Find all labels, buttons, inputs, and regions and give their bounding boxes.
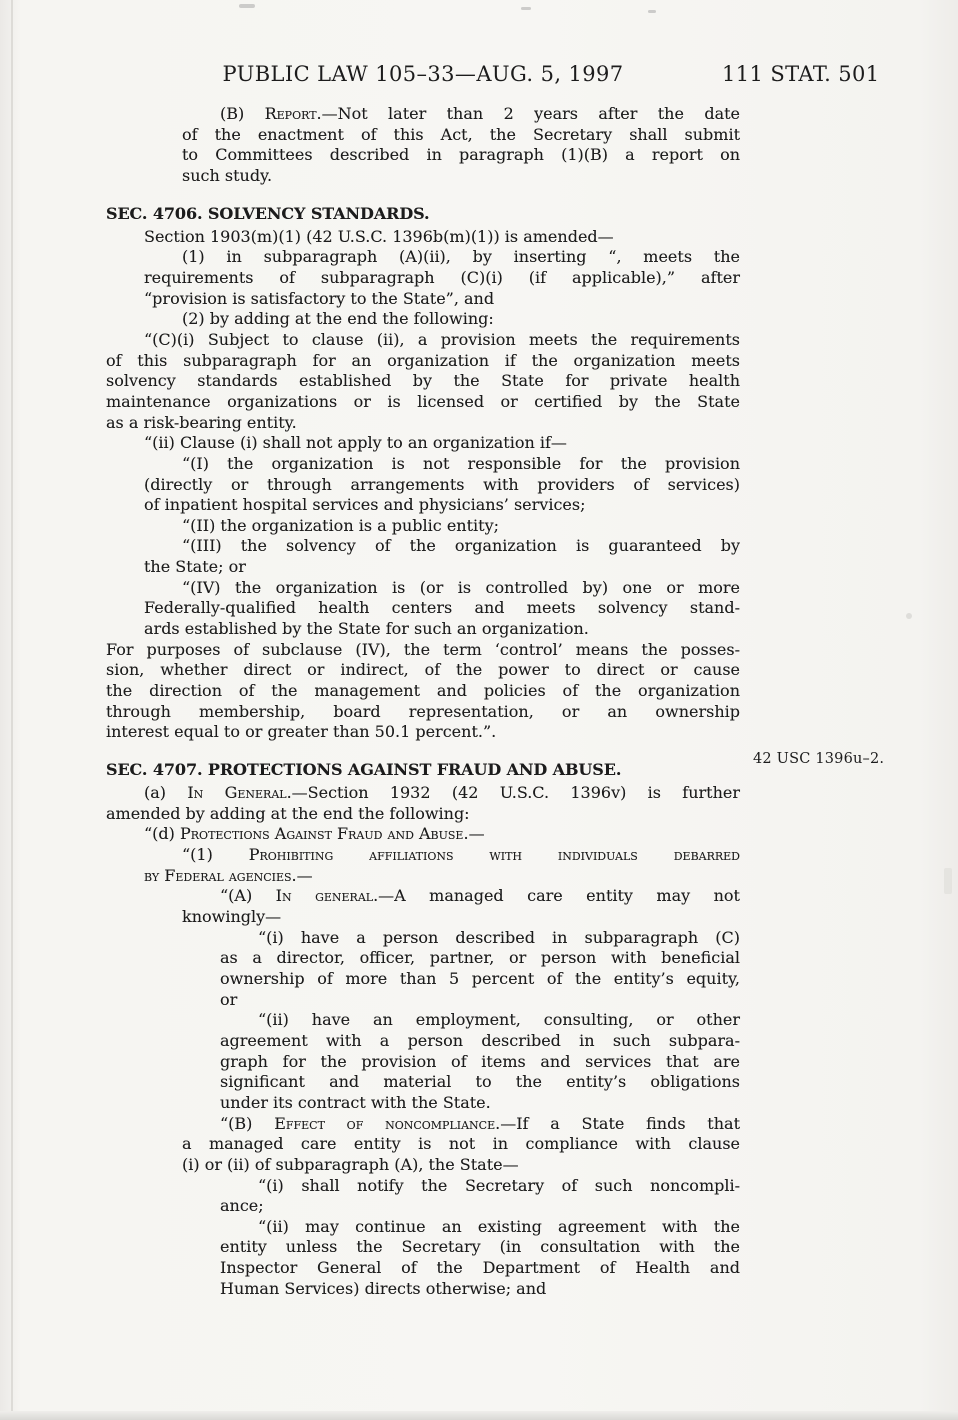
text-run: “(I) the organization is not responsible…	[182, 454, 740, 473]
text-line: ards established by the State for such a…	[106, 619, 740, 640]
text-line: to Committees described in paragraph (1)…	[106, 145, 740, 166]
text-line: “(IV) the organization is (or is control…	[106, 578, 740, 599]
text-run: or	[220, 990, 237, 1009]
text-run: (2) by adding at the end the following:	[182, 309, 494, 328]
text-run: “(II) the organization is a public entit…	[182, 516, 499, 535]
text-line: maintenance organizations or is licensed…	[106, 392, 740, 413]
statute-page-number: 111 STAT. 501	[722, 62, 873, 86]
small-caps-run: In general.	[276, 886, 378, 905]
text-run: sion, whether direct or indirect, of the…	[106, 660, 740, 679]
text-line: (B) Report.—Not later than 2 years after…	[106, 104, 740, 125]
text-line: “provision is satisfactory to the State”…	[106, 289, 740, 310]
text-line: “(I) the organization is not responsible…	[106, 454, 740, 475]
text-run: solvency standards established by the St…	[106, 371, 740, 390]
text-line: Human Services) directs otherwise; and	[106, 1279, 740, 1300]
text-line: requirements of subparagraph (C)(i) (if …	[106, 268, 740, 289]
scan-edge-artifact	[11, 0, 13, 1420]
text-run: “(III) the solvency of the organization …	[182, 536, 740, 555]
text-run: “(IV) the organization is (or is control…	[182, 578, 740, 597]
text-run: “(B)	[220, 1114, 274, 1133]
text-line: interest equal to or greater than 50.1 p…	[106, 722, 740, 743]
text-line: (2) by adding at the end the following:	[106, 309, 740, 330]
text-line: significant and material to the entity’s…	[106, 1072, 740, 1093]
text-run: —A managed care entity may not	[378, 886, 740, 905]
text-line: For purposes of subclause (IV), the term…	[106, 640, 740, 661]
small-caps-run: by Federal agencies.	[144, 866, 297, 885]
text-run: graph for the provision of items and ser…	[220, 1052, 740, 1071]
text-run: maintenance organizations or is licensed…	[106, 392, 740, 411]
text-line: (a) In General.—Section 1932 (42 U.S.C. …	[106, 783, 740, 804]
text-line: through membership, board representation…	[106, 702, 740, 723]
scanned-statute-page: PUBLIC LAW 105–33—AUG. 5, 1997 111 STAT.…	[0, 0, 958, 1420]
text-run: (i) or (ii) of subparagraph (A), the Sta…	[182, 1155, 519, 1174]
text-run: as a risk-bearing entity.	[106, 413, 297, 432]
text-line: by Federal agencies.—	[106, 866, 740, 887]
text-run: For purposes of subclause (IV), the term…	[106, 640, 740, 659]
text-run: (directly or through arrangements with p…	[144, 475, 740, 494]
text-line: of this subparagraph for an organization…	[106, 351, 740, 372]
text-line: “(ii) have an employment, consulting, or…	[106, 1010, 740, 1031]
text-line: “(1) Prohibiting affiliations with indiv…	[106, 845, 740, 866]
text-run: significant and material to the entity’s…	[220, 1072, 740, 1091]
text-run: entity unless the Secretary (in consulta…	[220, 1237, 740, 1256]
text-run: of this subparagraph for an organization…	[106, 351, 740, 370]
text-line: “(III) the solvency of the organization …	[106, 536, 740, 557]
text-run: to Committees described in paragraph (1)…	[182, 145, 740, 164]
text-line: entity unless the Secretary (in consulta…	[106, 1237, 740, 1258]
text-run: Inspector General of the Department of H…	[220, 1258, 740, 1277]
small-caps-run: Effect of noncompliance.	[274, 1114, 500, 1133]
text-run: of inpatient hospital services and physi…	[144, 495, 585, 514]
text-line: “(d) Protections Against Fraud and Abuse…	[106, 824, 740, 845]
text-line: such study.	[106, 166, 740, 187]
text-run: under its contract with the State.	[220, 1093, 491, 1112]
text-line: under its contract with the State.	[106, 1093, 740, 1114]
text-run: “(A)	[220, 886, 276, 905]
text-run: “(i) shall notify the Secretary of such …	[258, 1176, 740, 1195]
text-line: the State; or	[106, 557, 740, 578]
text-run: a managed care entity is not in complian…	[182, 1134, 740, 1153]
section-heading: SEC. 4706. SOLVENCY STANDARDS.	[106, 203, 740, 224]
text-run: “(i) have a person described in subparag…	[258, 928, 740, 947]
text-run: Section 1903(m)(1) (42 U.S.C. 1396b(m)(1…	[144, 227, 614, 246]
text-line: of inpatient hospital services and physi…	[106, 495, 740, 516]
text-run: knowingly—	[182, 907, 281, 926]
small-caps-run: In General.	[187, 783, 291, 802]
text-run: ance;	[220, 1196, 264, 1215]
text-run: ownership of more than 5 percent of the …	[220, 969, 740, 988]
scan-edge-artifact	[0, 1411, 958, 1420]
text-run: —	[297, 866, 313, 885]
text-run: “(C)(i) Subject to clause (ii), a provis…	[144, 330, 740, 349]
document-body: (B) Report.—Not later than 2 years after…	[106, 104, 740, 1299]
text-run: (1) in subparagraph (A)(ii), by insertin…	[182, 247, 740, 266]
text-line: “(ii) may continue an existing agreement…	[106, 1217, 740, 1238]
text-line: as a risk-bearing entity.	[106, 413, 740, 434]
text-line: (1) in subparagraph (A)(ii), by insertin…	[106, 247, 740, 268]
scan-artifact	[648, 10, 656, 13]
small-caps-run: Report.	[265, 104, 322, 123]
text-run: Human Services) directs otherwise; and	[220, 1279, 546, 1298]
text-run: (a)	[144, 783, 187, 802]
scan-artifact	[906, 613, 912, 619]
text-run: agreement with a person described in suc…	[220, 1031, 740, 1050]
text-line: “(A) In general.—A managed care entity m…	[106, 886, 740, 907]
text-line: ownership of more than 5 percent of the …	[106, 969, 740, 990]
text-line: “(i) shall notify the Secretary of such …	[106, 1176, 740, 1197]
small-caps-run: Prohibiting affiliations with individual…	[249, 845, 740, 864]
text-line: the direction of the management and poli…	[106, 681, 740, 702]
text-line: agreement with a person described in suc…	[106, 1031, 740, 1052]
text-run: ards established by the State for such a…	[144, 619, 589, 638]
text-run: through membership, board representation…	[106, 702, 740, 721]
text-run: the State; or	[144, 557, 246, 576]
text-line: ance;	[106, 1196, 740, 1217]
text-run: Federally-qualified health centers and m…	[144, 598, 740, 617]
text-line: amended by adding at the end the followi…	[106, 804, 740, 825]
text-line: (directly or through arrangements with p…	[106, 475, 740, 496]
text-run: —Section 1932 (42 U.S.C. 1396v) is furth…	[292, 783, 740, 802]
text-line: solvency standards established by the St…	[106, 371, 740, 392]
text-run: such study.	[182, 166, 272, 185]
text-run: amended by adding at the end the followi…	[106, 804, 470, 823]
running-head-title: PUBLIC LAW 105–33—AUG. 5, 1997	[106, 62, 740, 86]
text-run: requirements of subparagraph (C)(i) (if …	[144, 268, 740, 287]
section-heading: SEC. 4707. PROTECTIONS AGAINST FRAUD AND…	[106, 759, 740, 780]
text-run: (B)	[220, 104, 265, 123]
scan-artifact	[521, 7, 531, 10]
text-run: of the enactment of this Act, the Secret…	[182, 125, 740, 144]
text-run: “(ii) Clause (i) shall not apply to an o…	[144, 433, 567, 452]
text-line: “(ii) Clause (i) shall not apply to an o…	[106, 433, 740, 454]
text-line: or	[106, 990, 740, 1011]
text-line: sion, whether direct or indirect, of the…	[106, 660, 740, 681]
usc-margin-note: 42 USC 1396u–2.	[753, 751, 923, 767]
text-line: “(C)(i) Subject to clause (ii), a provis…	[106, 330, 740, 351]
text-run: —If a State finds that	[500, 1114, 740, 1133]
scan-artifact	[239, 4, 255, 8]
text-run: “(ii) have an employment, consulting, or…	[258, 1010, 740, 1029]
text-run: “(ii) may continue an existing agreement…	[258, 1217, 740, 1236]
text-line: Federally-qualified health centers and m…	[106, 598, 740, 619]
text-run: the direction of the management and poli…	[106, 681, 740, 700]
text-run: “(1)	[182, 845, 249, 864]
text-run: —Not later than 2 years after the date	[322, 104, 740, 123]
text-line: “(II) the organization is a public entit…	[106, 516, 740, 537]
text-run: “provision is satisfactory to the State”…	[144, 289, 494, 308]
text-run: —	[469, 824, 485, 843]
text-run: as a director, officer, partner, or pers…	[220, 948, 740, 967]
text-line: “(B) Effect of noncompliance.—If a State…	[106, 1114, 740, 1135]
small-caps-run: Protections Against Fraud and Abuse.	[180, 824, 469, 843]
text-line: of the enactment of this Act, the Secret…	[106, 125, 740, 146]
text-line: knowingly—	[106, 907, 740, 928]
text-run: “(d)	[144, 824, 180, 843]
text-line: Section 1903(m)(1) (42 U.S.C. 1396b(m)(1…	[106, 227, 740, 248]
text-line: (i) or (ii) of subparagraph (A), the Sta…	[106, 1155, 740, 1176]
scan-artifact	[944, 868, 952, 894]
text-line: Inspector General of the Department of H…	[106, 1258, 740, 1279]
text-line: graph for the provision of items and ser…	[106, 1052, 740, 1073]
text-line: “(i) have a person described in subparag…	[106, 928, 740, 949]
text-run: interest equal to or greater than 50.1 p…	[106, 722, 496, 741]
text-line: a managed care entity is not in complian…	[106, 1134, 740, 1155]
text-line: as a director, officer, partner, or pers…	[106, 948, 740, 969]
